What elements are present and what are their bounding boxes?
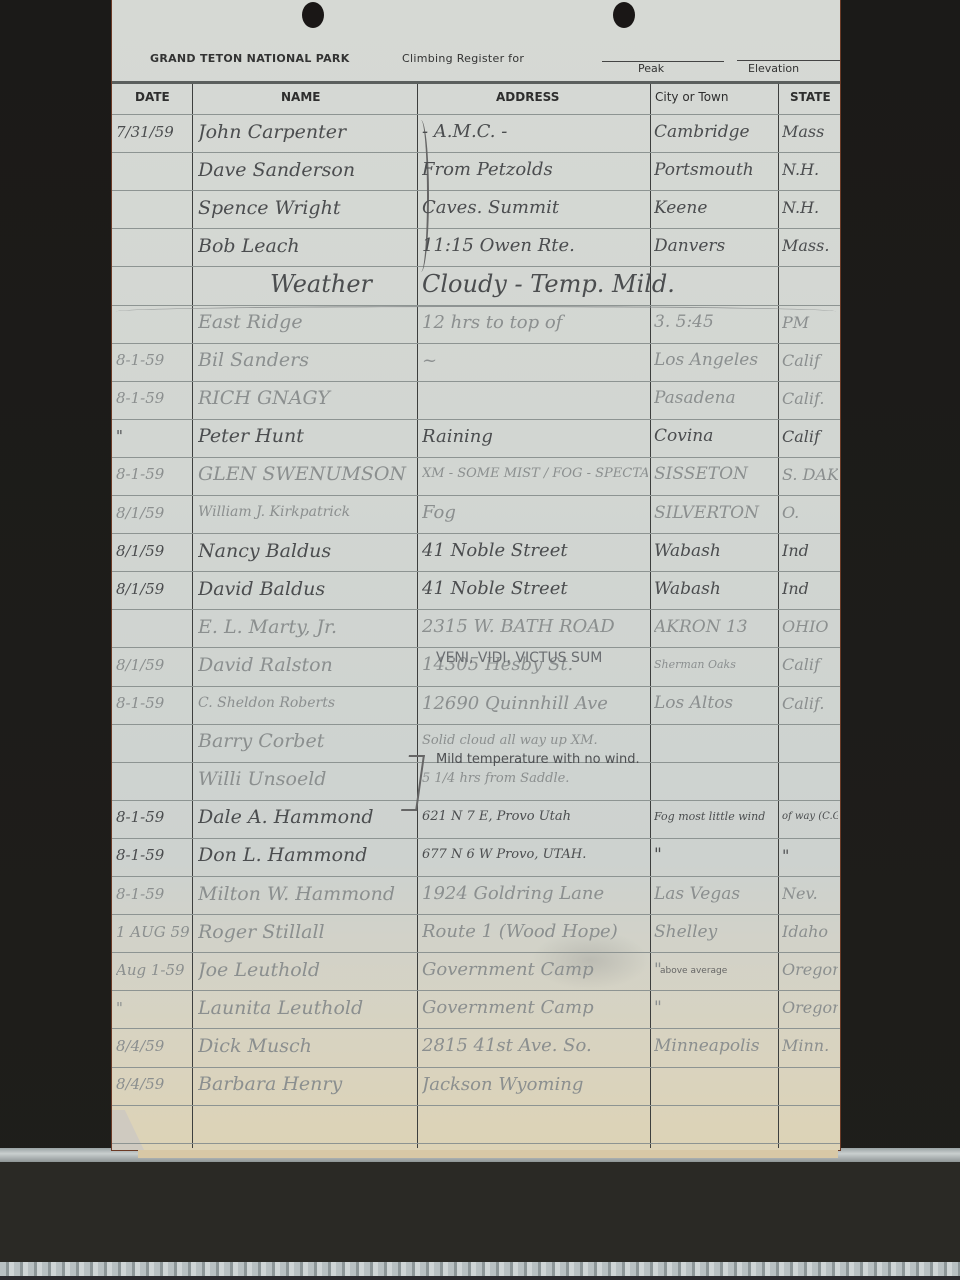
entry-state: OHIO (782, 617, 838, 636)
entry-state: Calif (782, 351, 838, 370)
entry-state: O. (782, 503, 838, 522)
row-rule (112, 571, 840, 572)
entry-name: David Baldus (198, 578, 414, 600)
entry-date: 8-1-59 (116, 465, 190, 483)
row-rule (112, 419, 840, 420)
entry-state: PM (782, 313, 838, 332)
entry-name: Don L. Hammond (198, 844, 414, 866)
entry-name: Bil Sanders (198, 349, 414, 371)
entry-address: 621 N 7 E, Provo Utah (422, 809, 648, 824)
row-rule (112, 114, 840, 115)
entry-address: 12 hrs to top of (422, 312, 648, 333)
entry-name: East Ridge (198, 311, 414, 333)
entry-address: 2315 W. BATH ROAD (422, 616, 648, 637)
row-rule (112, 1143, 840, 1144)
shelf-panel (0, 1162, 960, 1262)
column-header-name: NAME (281, 90, 320, 104)
entry-city: " (654, 845, 776, 865)
entry-state: N.H. (782, 160, 838, 179)
entry-state: Mass (782, 122, 838, 141)
entry-date: 8-1-59 (116, 885, 190, 903)
row-rule (112, 686, 840, 687)
entry-date: " (116, 427, 190, 445)
entry-city: SISSETON (654, 464, 776, 484)
column-divider (192, 84, 193, 1148)
entry-date: 8-1-59 (116, 808, 190, 826)
park-title: GRAND TETON NATIONAL PARK (150, 52, 350, 65)
entry-name: Barry Corbet (198, 730, 414, 752)
sheet-bottom-edge (138, 1150, 838, 1158)
entry-name: Joe Leuthold (198, 959, 414, 981)
entry-city: Cambridge (654, 122, 776, 142)
entry-city: Los Angeles (654, 350, 776, 370)
entry-address: Jackson Wyoming (422, 1074, 648, 1095)
entry-name: John Carpenter (198, 121, 414, 143)
entry-state: Ind (782, 579, 838, 598)
row-rule (112, 495, 840, 496)
row-rule (112, 266, 840, 267)
peak-label: Peak (638, 62, 664, 75)
metal-rail (0, 1262, 960, 1276)
row-rule (112, 343, 840, 344)
entry-address: 677 N 6 W Provo, UTAH. (422, 847, 648, 862)
entry-name: Nancy Baldus (198, 540, 414, 562)
entry-address: 12690 Quinnhill Ave (422, 693, 648, 714)
annotation-veni-vidi: VENI, VIDI, VICTUS SUM (436, 650, 602, 666)
entry-name: E. L. Marty, Jr. (198, 616, 414, 638)
entry-date: 8/1/59 (116, 656, 190, 674)
entry-date: Aug 1-59 (116, 961, 190, 979)
entry-city: 3. 5:45 (654, 312, 776, 332)
entry-name: Barbara Henry (198, 1073, 414, 1095)
entry-date: " (116, 999, 190, 1017)
entry-date: 8-1-59 (116, 846, 190, 864)
row-rule (112, 952, 840, 953)
entry-state: of way (C.G.) (782, 811, 838, 822)
row-rule (112, 533, 840, 534)
entry-name: Launita Leuthold (198, 997, 414, 1019)
annotation-mild-temp: Mild temperature with no wind. (436, 752, 640, 767)
entry-city: Portsmouth (654, 160, 776, 180)
entry-city: Pasadena (654, 388, 776, 408)
entry-city: Keene (654, 198, 776, 218)
entry-name: Dick Musch (198, 1035, 414, 1057)
entry-address: Government Camp (422, 959, 648, 980)
entry-state: Minn. (782, 1036, 838, 1055)
entry-address: Raining (422, 426, 648, 447)
entry-state: Oregon (782, 998, 838, 1017)
entry-city: Wabash (654, 541, 776, 561)
entry-date: 7/31/59 (116, 123, 190, 141)
column-divider (778, 84, 779, 1148)
entry-city: AKRON 13 (654, 617, 776, 637)
entry-name: Spence Wright (198, 197, 414, 219)
entry-address: 5 1/4 hrs from Saddle. (422, 771, 648, 786)
row-rule (112, 152, 840, 153)
entry-state: Ind (782, 541, 838, 560)
entry-name: David Ralston (198, 654, 414, 676)
row-rule (112, 228, 840, 229)
entry-state: Calif (782, 427, 838, 446)
entry-city: Shelley (654, 922, 776, 942)
entry-address: 41 Noble Street (422, 578, 648, 599)
annotation-above-average: above average (660, 966, 727, 976)
row-rule (112, 381, 840, 382)
entry-date: 8-1-59 (116, 351, 190, 369)
row-rule (112, 1028, 840, 1029)
entry-date: 8/4/59 (116, 1075, 190, 1093)
row-rule (112, 838, 840, 839)
entry-name: Milton W. Hammond (198, 883, 414, 905)
rail-base (0, 1276, 960, 1280)
column-header-state: STATE (790, 90, 831, 104)
entry-name: William J. Kirkpatrick (198, 504, 414, 520)
column-divider (650, 84, 651, 1148)
entry-city: Covina (654, 426, 776, 446)
entry-address: Route 1 (Wood Hope) (422, 921, 648, 942)
column-header-city: City or Town (655, 90, 728, 104)
row-rule (112, 609, 840, 610)
entry-state: S. DAK (782, 465, 838, 484)
entry-city: Minneapolis (654, 1036, 776, 1056)
entry-name: Dave Sanderson (198, 159, 414, 181)
entry-address: 41 Noble Street (422, 540, 648, 561)
entry-date: 8/1/59 (116, 504, 190, 522)
entry-state: " (782, 846, 838, 865)
entry-date: 8-1-59 (116, 694, 190, 712)
entry-city: Los Altos (654, 693, 776, 713)
entry-address: ~ (422, 350, 648, 371)
entry-address: Caves. Summit (422, 197, 648, 218)
entry-address: From Petzolds (422, 159, 648, 180)
entry-state: Idaho (782, 922, 838, 941)
entry-city: Las Vegas (654, 884, 776, 904)
row-rule (112, 914, 840, 915)
entry-date: 8/1/59 (116, 542, 190, 560)
row-rule (112, 190, 840, 191)
entry-city: " (654, 998, 776, 1018)
entry-state: N.H. (782, 198, 838, 217)
entry-city: Sherman Oaks (654, 658, 776, 671)
entry-state: Calif. (782, 389, 838, 408)
punch-hole-icon (302, 2, 324, 28)
entry-address: Cloudy - Temp. Mild. (422, 270, 822, 298)
entry-name: GLEN SWENUMSON (198, 463, 414, 485)
entry-state: Oregon (782, 960, 838, 979)
entry-name: Dale A. Hammond (198, 806, 414, 828)
entry-name: Peter Hunt (198, 425, 414, 447)
column-header-address: ADDRESS (496, 90, 559, 104)
header-rule (112, 81, 840, 84)
entry-date: 8-1-59 (116, 389, 190, 407)
entry-address: Government Camp (422, 997, 648, 1018)
entry-city: SILVERTON (654, 503, 776, 523)
entry-city: Wabash (654, 579, 776, 599)
entry-name: Roger Stillall (198, 921, 414, 943)
row-rule (112, 1105, 840, 1106)
row-rule (112, 1067, 840, 1068)
entry-address: Solid cloud all way up XM. (422, 733, 648, 748)
entry-address: 2815 41st Ave. So. (422, 1035, 648, 1056)
row-rule (112, 990, 840, 991)
entry-name: RICH GNAGY (198, 387, 414, 409)
elevation-label: Elevation (748, 62, 799, 75)
entry-address: - A.M.C. - (422, 121, 648, 142)
entry-name: Bob Leach (198, 235, 414, 257)
row-rule (112, 724, 840, 725)
row-rule (112, 876, 840, 877)
entry-name: Willi Unsoeld (198, 768, 414, 790)
entry-address: 1924 Goldring Lane (422, 883, 648, 904)
entry-address: 11:15 Owen Rte. (422, 235, 648, 256)
entry-city: Danvers (654, 236, 776, 256)
entry-state: Calif. (782, 694, 838, 713)
register-label: Climbing Register for (402, 52, 524, 65)
entry-state: Nev. (782, 884, 838, 903)
column-header-date: DATE (135, 90, 170, 104)
row-rule (112, 457, 840, 458)
elevation-blank-line (737, 60, 840, 61)
entry-date: 1 AUG 59 (116, 923, 190, 941)
entry-name: C. Sheldon Roberts (198, 695, 414, 711)
entry-address: Fog (422, 502, 648, 523)
entry-address: XM - SOME MIST / FOG - SPECTACULAR (422, 466, 648, 481)
entry-state: Mass. (782, 236, 838, 255)
row-rule (112, 800, 840, 801)
row-rule (112, 647, 840, 648)
punch-hole-icon (613, 2, 635, 28)
entry-city: Fog most little wind (654, 810, 776, 823)
entry-date: 8/4/59 (116, 1037, 190, 1055)
entry-date: 8/1/59 (116, 580, 190, 598)
entry-state: Calif (782, 655, 838, 674)
